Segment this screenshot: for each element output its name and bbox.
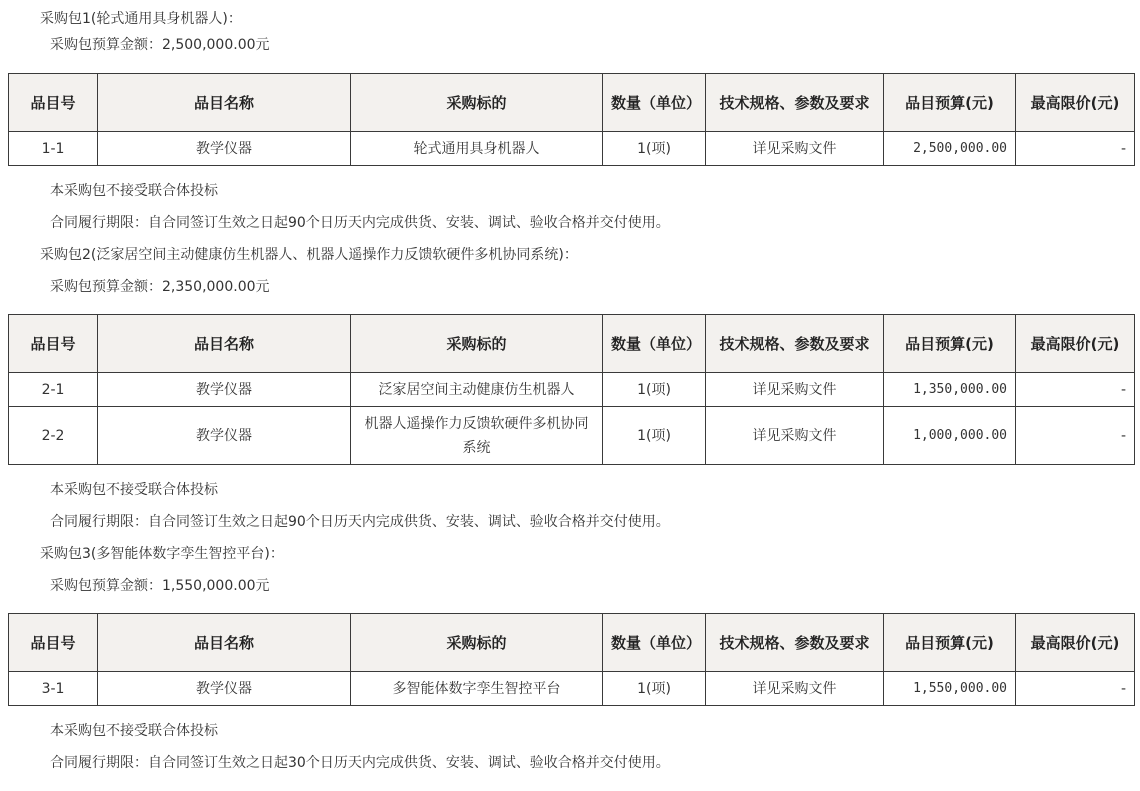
item-target: 泛家居空间主动健康仿生机器人 <box>351 373 603 407</box>
col-spec: 技术规格、参数及要求 <box>706 614 884 672</box>
col-item-no: 品目号 <box>9 614 98 672</box>
table-row: 2-1 教学仪器 泛家居空间主动健康仿生机器人 1(项) 详见采购文件 1,35… <box>9 373 1135 407</box>
item-no: 2-1 <box>9 373 98 407</box>
col-budget: 品目预算(元) <box>884 74 1016 132</box>
item-name: 教学仪器 <box>98 407 351 465</box>
package-3-budget: 采购包预算金额：1,550,000.00元 <box>0 575 1140 597</box>
package-2-title: 采购包2(泛家居空间主动健康仿生机器人、机器人遥操作力反馈软硬件多机协同系统)： <box>0 244 1140 266</box>
package-3-term: 合同履行期限：自合同签订生效之日起30个日历天内完成供货、安装、调试、验收合格并… <box>0 752 1140 774</box>
col-target: 采购标的 <box>351 315 603 373</box>
item-name: 教学仪器 <box>98 132 351 166</box>
item-quantity: 1(项) <box>603 373 706 407</box>
item-target: 轮式通用具身机器人 <box>351 132 603 166</box>
col-quantity: 数量（单位） <box>603 315 706 373</box>
col-budget: 品目预算(元) <box>884 614 1016 672</box>
table-header-row: 品目号 品目名称 采购标的 数量（单位） 技术规格、参数及要求 品目预算(元) … <box>9 74 1135 132</box>
col-spec: 技术规格、参数及要求 <box>706 315 884 373</box>
col-item-no: 品目号 <box>9 315 98 373</box>
table-row: 1-1 教学仪器 轮式通用具身机器人 1(项) 详见采购文件 2,500,000… <box>9 132 1135 166</box>
package-1-budget: 采购包预算金额：2,500,000.00元 <box>0 34 1140 56</box>
item-budget: 1,550,000.00 <box>884 672 1016 706</box>
procurement-document: 采购包1(轮式通用具身机器人)： 采购包预算金额：2,500,000.00元 品… <box>0 0 1140 774</box>
col-item-no: 品目号 <box>9 74 98 132</box>
col-quantity: 数量（单位） <box>603 74 706 132</box>
package-3-table: 品目号 品目名称 采购标的 数量（单位） 技术规格、参数及要求 品目预算(元) … <box>8 613 1135 706</box>
item-spec: 详见采购文件 <box>706 407 884 465</box>
package-2-consortium-note: 本采购包不接受联合体投标 <box>0 479 1140 501</box>
package-2-budget: 采购包预算金额：2,350,000.00元 <box>0 276 1140 298</box>
item-no: 3-1 <box>9 672 98 706</box>
col-item-name: 品目名称 <box>98 315 351 373</box>
col-max-price: 最高限价(元) <box>1016 315 1135 373</box>
col-target: 采购标的 <box>351 614 603 672</box>
package-1-consortium-note: 本采购包不接受联合体投标 <box>0 180 1140 202</box>
item-budget: 2,500,000.00 <box>884 132 1016 166</box>
item-max-price: - <box>1016 407 1135 465</box>
package-3-consortium-note: 本采购包不接受联合体投标 <box>0 720 1140 742</box>
package-2-table: 品目号 品目名称 采购标的 数量（单位） 技术规格、参数及要求 品目预算(元) … <box>8 314 1135 465</box>
item-budget: 1,350,000.00 <box>884 373 1016 407</box>
col-item-name: 品目名称 <box>98 74 351 132</box>
item-spec: 详见采购文件 <box>706 373 884 407</box>
col-item-name: 品目名称 <box>98 614 351 672</box>
col-target: 采购标的 <box>351 74 603 132</box>
item-spec: 详见采购文件 <box>706 132 884 166</box>
table-row: 2-2 教学仪器 机器人遥操作力反馈软硬件多机协同系统 1(项) 详见采购文件 … <box>9 407 1135 465</box>
item-no: 1-1 <box>9 132 98 166</box>
col-max-price: 最高限价(元) <box>1016 74 1135 132</box>
col-max-price: 最高限价(元) <box>1016 614 1135 672</box>
col-quantity: 数量（单位） <box>603 614 706 672</box>
item-budget: 1,000,000.00 <box>884 407 1016 465</box>
item-target: 机器人遥操作力反馈软硬件多机协同系统 <box>351 407 603 465</box>
item-target: 多智能体数字孪生智控平台 <box>351 672 603 706</box>
table-header-row: 品目号 品目名称 采购标的 数量（单位） 技术规格、参数及要求 品目预算(元) … <box>9 614 1135 672</box>
item-quantity: 1(项) <box>603 407 706 465</box>
item-spec: 详见采购文件 <box>706 672 884 706</box>
table-row: 3-1 教学仪器 多智能体数字孪生智控平台 1(项) 详见采购文件 1,550,… <box>9 672 1135 706</box>
item-max-price: - <box>1016 373 1135 407</box>
item-name: 教学仪器 <box>98 373 351 407</box>
table-header-row: 品目号 品目名称 采购标的 数量（单位） 技术规格、参数及要求 品目预算(元) … <box>9 315 1135 373</box>
col-budget: 品目预算(元) <box>884 315 1016 373</box>
item-no: 2-2 <box>9 407 98 465</box>
package-1-title: 采购包1(轮式通用具身机器人)： <box>0 8 1140 30</box>
package-1-table: 品目号 品目名称 采购标的 数量（单位） 技术规格、参数及要求 品目预算(元) … <box>8 73 1135 166</box>
package-1-term: 合同履行期限：自合同签订生效之日起90个日历天内完成供货、安装、调试、验收合格并… <box>0 212 1140 234</box>
item-quantity: 1(项) <box>603 132 706 166</box>
package-3-title: 采购包3(多智能体数字孪生智控平台)： <box>0 543 1140 565</box>
item-max-price: - <box>1016 132 1135 166</box>
item-max-price: - <box>1016 672 1135 706</box>
item-name: 教学仪器 <box>98 672 351 706</box>
package-2-term: 合同履行期限：自合同签订生效之日起90个日历天内完成供货、安装、调试、验收合格并… <box>0 511 1140 533</box>
col-spec: 技术规格、参数及要求 <box>706 74 884 132</box>
item-quantity: 1(项) <box>603 672 706 706</box>
